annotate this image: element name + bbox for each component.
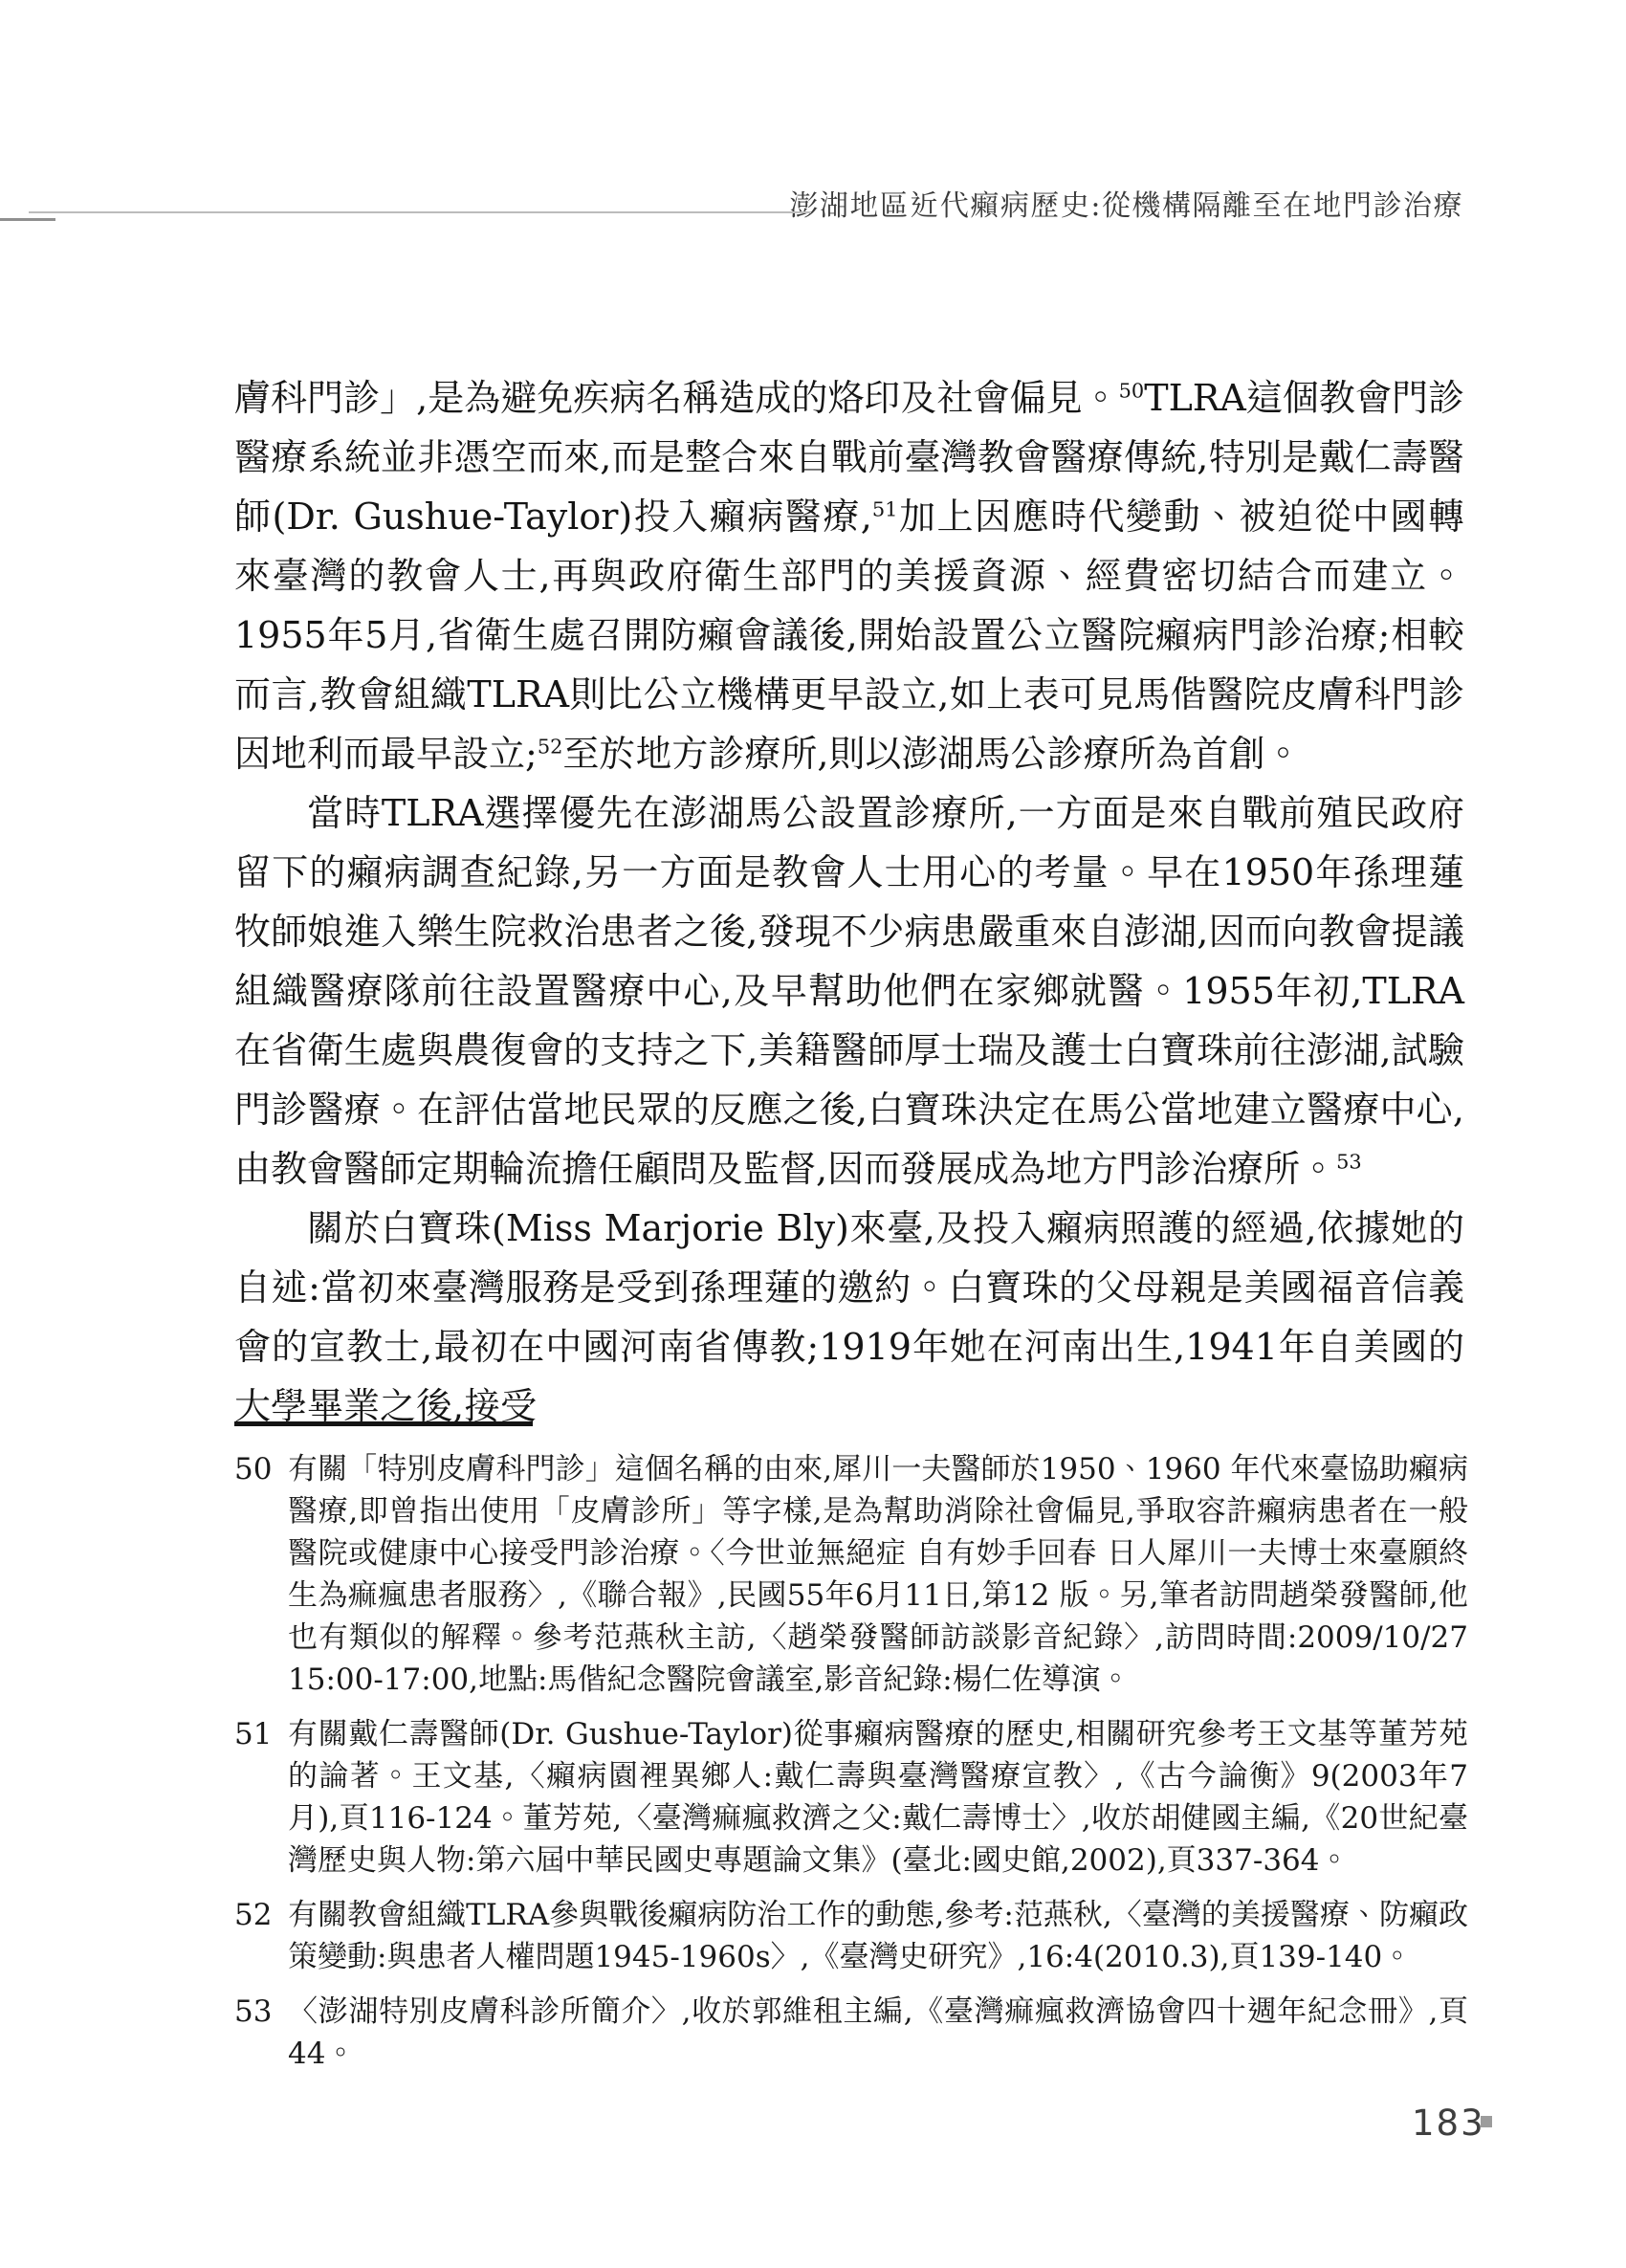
footnote-item: 51有關戴仁壽醫師(Dr. Gushue-Taylor)從事癩病醫療的歷史,相關…: [234, 1713, 1468, 1882]
footnote-number: 50: [234, 1448, 272, 1490]
header-rule: [29, 211, 811, 213]
footnote-reference: 52: [538, 735, 563, 758]
footnote-item: 53〈澎湖特別皮膚科診所簡介〉,收於郭維租主編,《臺灣痲瘋救濟協會四十週年紀念冊…: [234, 1991, 1468, 2075]
footnote-item: 52有關教會組織TLRA參與戰後癩病防治工作的動態,參考:范燕秋,〈臺灣的美援醫…: [234, 1894, 1468, 1978]
body-paragraph: 當時TLRA選擇優先在澎湖馬公設置診療所,一方面是來自戰前殖民政府留下的癩病調查…: [234, 783, 1464, 1199]
footnote-reference: 53: [1336, 1150, 1362, 1173]
footnote-separator-rule: [234, 1421, 533, 1426]
page-number: 183: [1412, 2103, 1485, 2144]
footnote-list: 50有關「特別皮膚科門診」這個名稱的由來,犀川一夫醫師於1950、1960 年代…: [234, 1448, 1468, 2087]
footnote-number: 51: [234, 1713, 272, 1755]
footnote-number: 52: [234, 1894, 272, 1936]
page-number-marker-square: [1481, 2116, 1492, 2127]
body-paragraph: 關於白寶珠(Miss Marjorie Bly)來臺,及投入癩病照護的經過,依據…: [234, 1199, 1464, 1436]
footnote-reference: 50: [1119, 379, 1145, 402]
header-rule-left-dash: [0, 218, 55, 221]
footnote-text: 有關教會組織TLRA參與戰後癩病防治工作的動態,參考:范燕秋,〈臺灣的美援醫療、…: [288, 1898, 1468, 1974]
footnote-number: 53: [234, 1991, 272, 2033]
footnote-item: 50有關「特別皮膚科門診」這個名稱的由來,犀川一夫醫師於1950、1960 年代…: [234, 1448, 1468, 1701]
running-header-title: 澎湖地區近代癩病歷史:從機構隔離至在地門診治療: [789, 182, 1463, 224]
footnote-text: 有關「特別皮膚科門診」這個名稱的由來,犀川一夫醫師於1950、1960 年代來臺…: [288, 1452, 1468, 1697]
footnote-reference: 51: [872, 497, 898, 520]
document-page: 澎湖地區近代癩病歷史:從機構隔離至在地門診治療 膚科門診」,是為避免疾病名稱造成…: [0, 0, 1626, 2268]
body-paragraphs: 膚科門診」,是為避免疾病名稱造成的烙印及社會偏見。50TLRA這個教會門診醫療系…: [234, 368, 1464, 1436]
body-paragraph: 膚科門診」,是為避免疾病名稱造成的烙印及社會偏見。50TLRA這個教會門診醫療系…: [234, 368, 1464, 783]
footnote-text: 〈澎湖特別皮膚科診所簡介〉,收於郭維租主編,《臺灣痲瘋救濟協會四十週年紀念冊》,…: [288, 1994, 1468, 2071]
footnote-text: 有關戴仁壽醫師(Dr. Gushue-Taylor)從事癩病醫療的歷史,相關研究…: [288, 1717, 1468, 1878]
